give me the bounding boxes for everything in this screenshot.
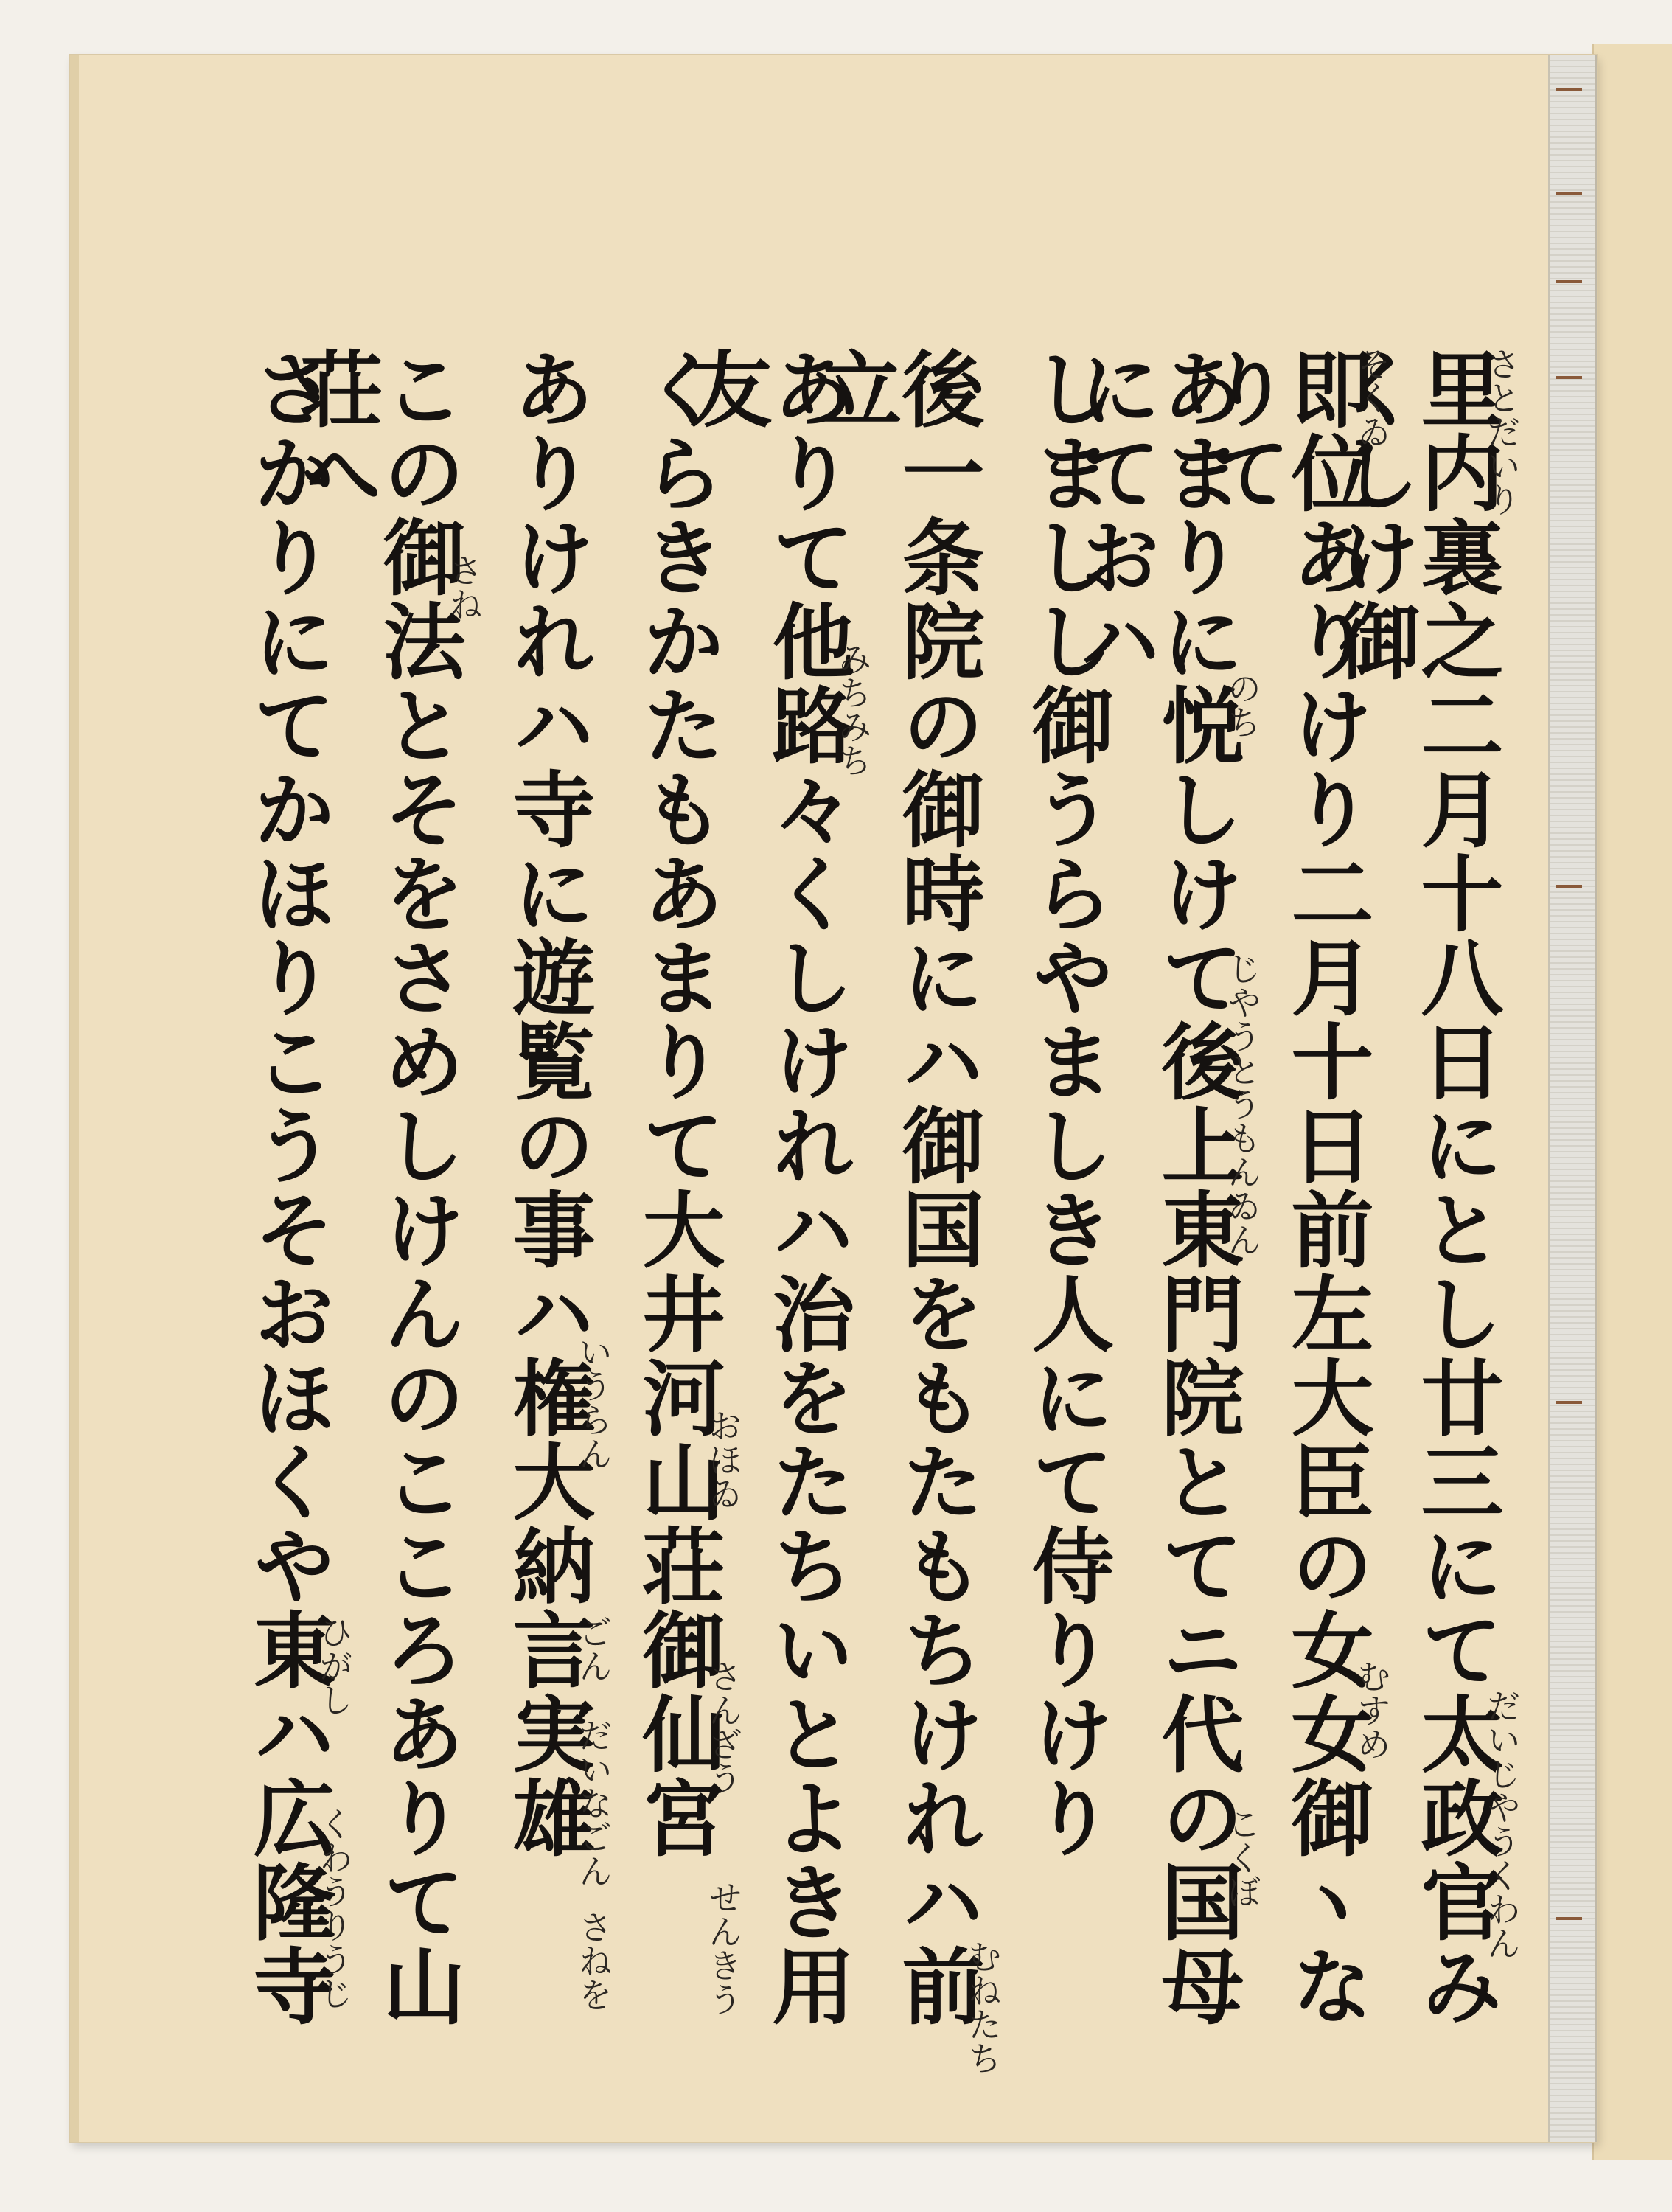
furigana-gloss: せんきう xyxy=(699,1880,748,2016)
furigana-gloss: のち xyxy=(1218,671,1267,739)
text-column: 後一条院の御時にハ御国をもたもちけれハ前立むねたち xyxy=(870,347,1000,2087)
furigana-gloss: むすめ xyxy=(1348,1659,1396,1761)
furigana-gloss: さね xyxy=(439,553,488,621)
text-column: しましし御うらやましき人にて侍りけり xyxy=(1000,347,1129,2087)
furigana-gloss: さねを xyxy=(569,1910,618,2011)
furigana-gloss: くわうりうじ xyxy=(310,1806,358,2010)
furigana-gloss: だいなごん xyxy=(569,1718,618,1888)
binding-stitch xyxy=(1556,280,1582,283)
column-text: しましし御うらやましき人にて侍りけり xyxy=(1025,347,1107,1860)
furigana-gloss: ひがし xyxy=(310,1615,358,1717)
text-column: この御法とそをさめしけんのこころありて山荘へさね xyxy=(351,347,481,2087)
column-text: くらきかたもあまりて大井河山荘御仙宮 xyxy=(635,347,718,1860)
binding-stitch xyxy=(1556,1401,1582,1404)
text-column: くらきかたもあまりて大井河山荘御仙宮おほゐさんざうせんきう xyxy=(610,347,740,2087)
text-column: ありて他路々くしけれハ治をたちいとよき用友みちみち xyxy=(740,347,870,2087)
furigana-gloss: こくぼ xyxy=(1218,1806,1267,1908)
furigana-gloss: さんざう xyxy=(699,1659,748,1795)
binding-spine xyxy=(1548,55,1597,2142)
binding-stitch xyxy=(1556,1917,1582,1920)
text-columns: 里内裏之二月十八日にとし廿三にて太政官みくしけ御さとだいりだいじやうくわん即位あ… xyxy=(221,347,1519,2087)
binding-stitch xyxy=(1556,376,1582,379)
facing-page-edge xyxy=(1592,44,1672,2160)
page-left-edge xyxy=(70,55,79,2142)
furigana-gloss: おほゐ xyxy=(699,1408,748,1510)
text-column: 里内裏之二月十八日にとし廿三にて太政官みくしけ御さとだいりだいじやうくわん xyxy=(1389,347,1519,2087)
text-column: ありけれハ寺に遊覧の事ハ権大納言実雄いうらんごんだいなごんさねを xyxy=(481,347,610,2087)
furigana-gloss: そくゐ xyxy=(1348,347,1396,448)
column-text: さかりにてかほりこうそおほくや東ハ広隆寺 xyxy=(246,347,329,2028)
furigana-gloss: みちみち xyxy=(829,641,877,777)
furigana-gloss: いうらん xyxy=(569,1335,618,1470)
text-column: あまりに悦しけて後上東門院とてニ代の国母にておハのちじやうとうもんゐんこくぼ xyxy=(1129,347,1259,2087)
text-column: さかりにてかほりこうそおほくや東ハ広隆寺ひがしくわうりうじ xyxy=(221,347,351,2087)
furigana-gloss: じやうとうもんゐん xyxy=(1218,951,1267,1256)
binding-stitch xyxy=(1556,88,1582,91)
furigana-gloss: むねたち xyxy=(958,1939,1007,2075)
binding-stitch xyxy=(1556,192,1582,195)
binding-stitch xyxy=(1556,885,1582,888)
furigana-gloss: さとだいり xyxy=(1477,347,1526,516)
furigana-gloss: ごん xyxy=(569,1615,618,1683)
text-column: 即位ありけり二月十日前左大臣の女女御ヽなりてそくゐむすめ xyxy=(1259,347,1389,2087)
furigana-gloss: だいじやうくわん xyxy=(1477,1688,1526,1960)
